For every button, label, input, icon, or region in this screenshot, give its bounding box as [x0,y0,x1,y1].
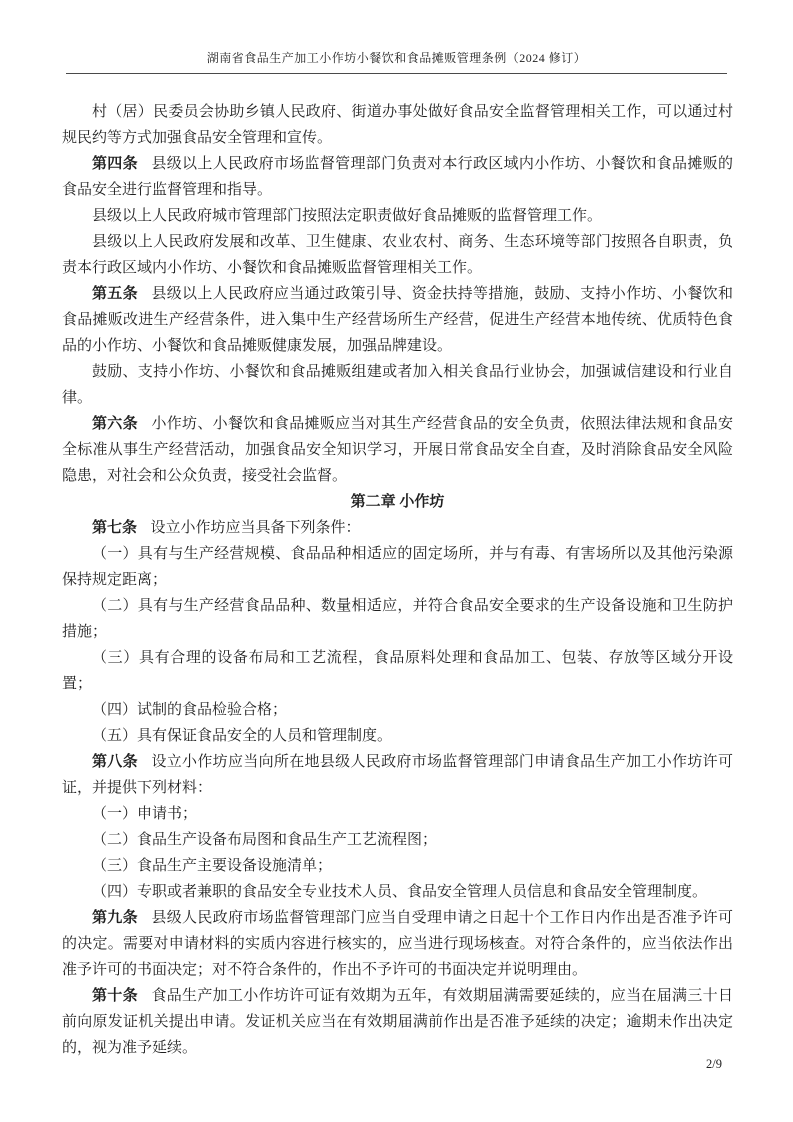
paragraph: （四）专职或者兼职的食品安全专业技术人员、食品安全管理人员信息和食品安全管理制度… [62,879,733,905]
paragraph-text: （五）具有保证食品安全的人员和管理制度。 [92,728,392,744]
paragraph-text: 县级以上人民政府市场监督管理部门负责对本行政区域内小作坊、小餐饮和食品摊贩的食品… [62,156,733,198]
article-number: 第七条 [92,520,137,536]
article-number: 第八条 [92,754,138,770]
article-number: 第十条 [92,988,138,1004]
paragraph: 第四条县级以上人民政府市场监督管理部门负责对本行政区域内小作坊、小餐饮和食品摊贩… [62,151,733,203]
paragraph-text: （四）专职或者兼职的食品安全专业技术人员、食品安全管理人员信息和食品安全管理制度… [92,884,707,900]
document-page: 湖南省食品生产加工小作坊小餐饮和食品摊贩管理条例（2024 修订） 村（居）民委… [0,0,793,1122]
header-rule-divider [66,73,727,74]
header-title: 湖南省食品生产加工小作坊小餐饮和食品摊贩管理条例（2024 修订） [0,51,793,66]
paragraph: （一）具有与生产经营规模、食品品种相适应的固定场所，并与有毒、有害场所以及其他污… [62,541,733,593]
paragraph: 县级以上人民政府城市管理部门按照法定职责做好食品摊贩的监督管理工作。 [62,203,733,229]
paragraph-text: 县级以上人民政府应当通过政策引导、资金扶持等措施，鼓励、支持小作坊、小餐饮和食品… [62,286,733,354]
paragraph-text: 县级以上人民政府发展和改革、卫生健康、农业农村、商务、生态环境等部门按照各自职责… [62,234,733,276]
paragraph-text: （三）具有合理的设备布局和工艺流程，食品原料处理和食品加工、包装、存放等区域分开… [62,650,733,692]
paragraph-text: （一）申请书； [92,806,197,822]
paragraph-text: 第二章 小作坊 [351,494,445,510]
article-number: 第五条 [92,286,138,302]
paragraph: （五）具有保证食品安全的人员和管理制度。 [62,723,733,749]
paragraph: 第九条县级人民政府市场监督管理部门应当自受理申请之日起十个工作日内作出是否准予许… [62,905,733,983]
chapter-heading: 第二章 小作坊 [62,489,733,515]
paragraph: 村（居）民委员会协助乡镇人民政府、街道办事处做好食品安全监督管理相关工作，可以通… [62,99,733,151]
paragraph: 第五条县级以上人民政府应当通过政策引导、资金扶持等措施，鼓励、支持小作坊、小餐饮… [62,281,733,359]
paragraph: 第十条食品生产加工小作坊许可证有效期为五年，有效期届满需要延续的，应当在届满三十… [62,983,733,1061]
paragraph: （一）申请书； [62,801,733,827]
article-number: 第四条 [92,156,138,172]
paragraph-text: 县级以上人民政府城市管理部门按照法定职责做好食品摊贩的监督管理工作。 [92,208,602,224]
paragraph: 第七条设立小作坊应当具备下列条件： [62,515,733,541]
paragraph: （三）具有合理的设备布局和工艺流程，食品原料处理和食品加工、包装、存放等区域分开… [62,645,733,697]
paragraph-text: （一）具有与生产经营规模、食品品种相适应的固定场所，并与有毒、有害场所以及其他污… [62,546,733,588]
paragraph-text: （二）具有与生产经营食品品种、数量相适应，并符合食品安全要求的生产设备设施和卫生… [62,598,733,640]
paragraph-text: （二）食品生产设备布局图和食品生产工艺流程图； [92,832,437,848]
document-body: 村（居）民委员会协助乡镇人民政府、街道办事处做好食品安全监督管理相关工作，可以通… [62,99,733,1061]
paragraph-text: 设立小作坊应当具备下列条件： [151,520,361,536]
paragraph-text: 县级人民政府市场监督管理部门应当自受理申请之日起十个工作日内作出是否准予许可的决… [62,910,733,978]
paragraph: （四）试制的食品检验合格； [62,697,733,723]
paragraph-text: 食品生产加工小作坊许可证有效期为五年，有效期届满需要延续的，应当在届满三十日前向… [62,988,733,1056]
paragraph-text: 设立小作坊应当向所在地县级人民政府市场监督管理部门申请食品生产加工小作坊许可证，… [62,754,733,796]
paragraph: 县级以上人民政府发展和改革、卫生健康、农业农村、商务、生态环境等部门按照各自职责… [62,229,733,281]
paragraph: 第六条小作坊、小餐饮和食品摊贩应当对其生产经营食品的安全负责，依照法律法规和食品… [62,411,733,489]
paragraph: （二）具有与生产经营食品品种、数量相适应，并符合食品安全要求的生产设备设施和卫生… [62,593,733,645]
paragraph-text: （三）食品生产主要设备设施清单； [92,858,332,874]
article-number: 第九条 [92,910,138,926]
article-number: 第六条 [92,416,138,432]
page-number: 2/9 [706,1056,722,1072]
paragraph: 鼓励、支持小作坊、小餐饮和食品摊贩组建或者加入相关食品行业协会，加强诚信建设和行… [62,359,733,411]
paragraph-text: 村（居）民委员会协助乡镇人民政府、街道办事处做好食品安全监督管理相关工作，可以通… [62,104,733,146]
paragraph: （二）食品生产设备布局图和食品生产工艺流程图； [62,827,733,853]
paragraph: 第八条设立小作坊应当向所在地县级人民政府市场监督管理部门申请食品生产加工小作坊许… [62,749,733,801]
paragraph-text: 鼓励、支持小作坊、小餐饮和食品摊贩组建或者加入相关食品行业协会，加强诚信建设和行… [62,364,733,406]
paragraph-text: （四）试制的食品检验合格； [92,702,287,718]
paragraph-text: 小作坊、小餐饮和食品摊贩应当对其生产经营食品的安全负责，依照法律法规和食品安全标… [62,416,733,484]
paragraph: （三）食品生产主要设备设施清单； [62,853,733,879]
